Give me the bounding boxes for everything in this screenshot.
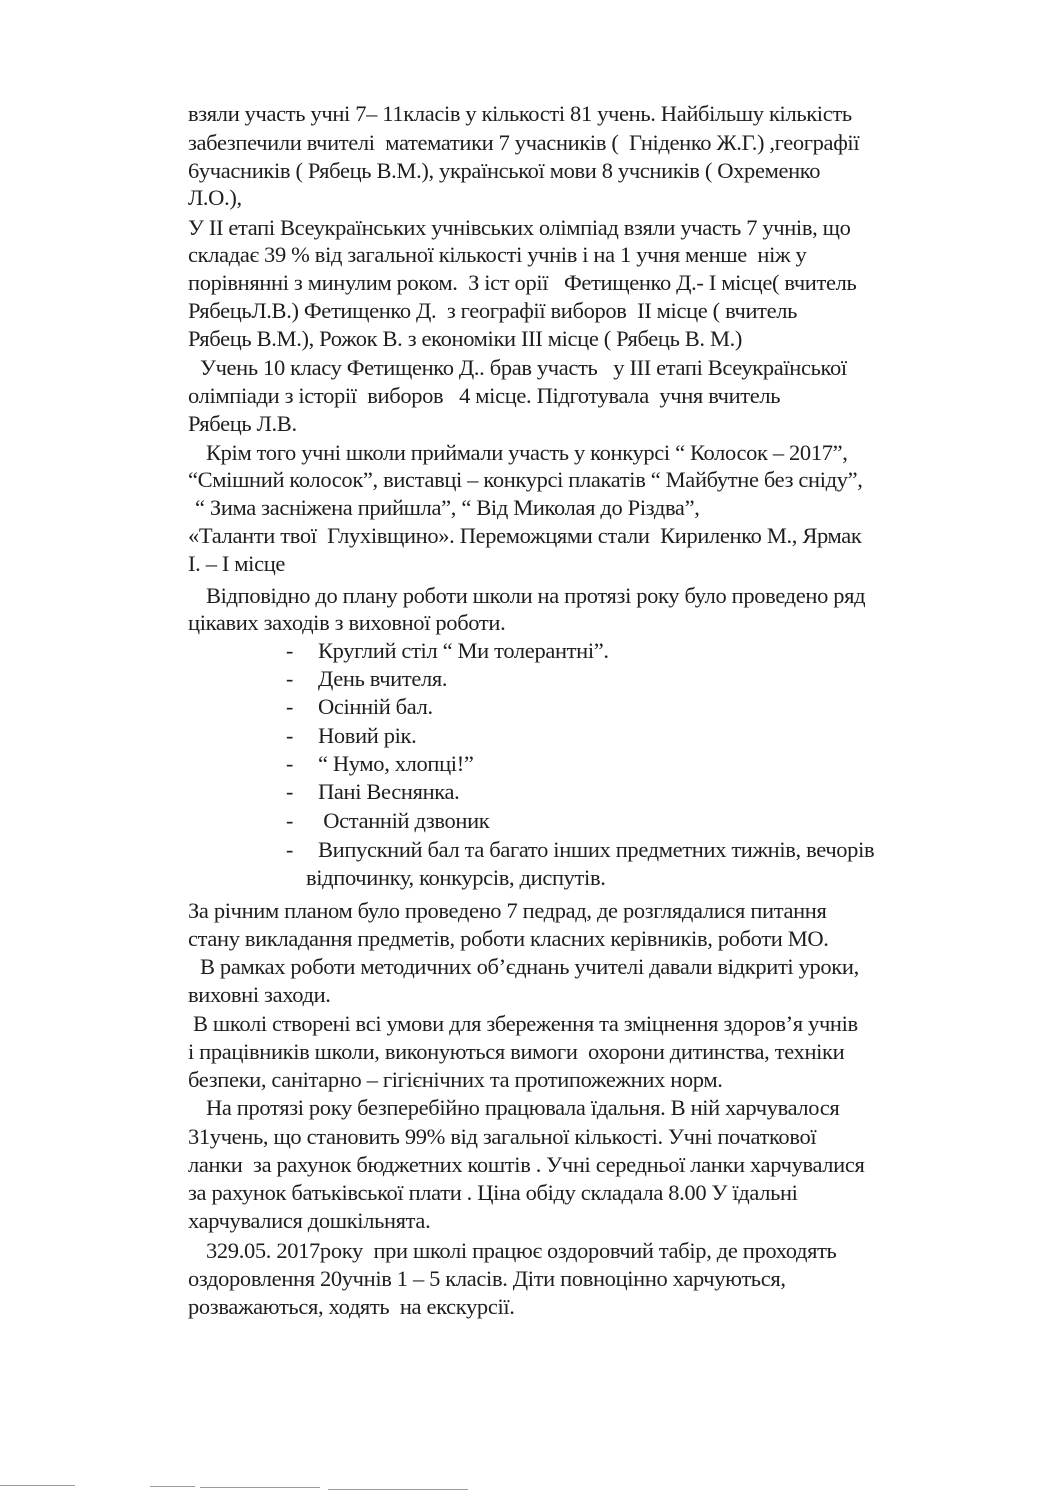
list-item-text: Випускний бал та багато інших предметних…: [318, 837, 874, 863]
text-line: складає 39 % від загальної кількості учн…: [188, 242, 806, 268]
text-line: РябецьЛ.В.) Фетищенко Д. з географії виб…: [188, 298, 797, 324]
list-marker: -: [286, 666, 293, 692]
scan-artifact-line: [0, 1485, 75, 1486]
text-line: взяли участь учні 7– 11класів у кількост…: [188, 101, 852, 127]
text-line: Рябець Л.В.: [188, 411, 297, 437]
text-line: Відповідно до плану роботи школи на прот…: [206, 583, 865, 609]
text-line: розважаються, ходять на екскурсії.: [188, 1294, 515, 1320]
list-marker: -: [286, 837, 293, 863]
list-item-text: Останній дзвоник: [318, 808, 489, 834]
list-marker: -: [286, 723, 293, 749]
text-line: “Смішний колосок”, виставці – конкурсі п…: [188, 467, 863, 493]
text-line: В школі створені всі умови для збереженн…: [193, 1011, 858, 1037]
text-line: безпеки, санітарно – гігієнічних та прот…: [188, 1067, 723, 1093]
list-item-text: День вчителя.: [318, 666, 447, 692]
text-line: олімпіади з історії виборов 4 місце. Під…: [188, 383, 780, 409]
text-line: цікавих заходів з виховної роботи.: [188, 610, 505, 636]
text-line: і працівників школи, виконуються вимоги …: [188, 1039, 844, 1065]
text-line: виховні заходи.: [188, 982, 331, 1008]
scan-artifact-line: [200, 1487, 320, 1488]
text-line: На протязі року безперебійно працювала ї…: [206, 1095, 839, 1121]
text-line: За річним планом було проведено 7 педрад…: [188, 898, 826, 924]
list-item-continuation: відпочинку, конкурсів, диспутів.: [306, 865, 606, 891]
text-line: «Таланти твої Глухівщино». Переможцями с…: [188, 523, 862, 549]
text-line: У ІІ етапі Всеукраїнських учнівських олі…: [188, 215, 851, 241]
text-line: харчувалися дошкільнята.: [188, 1208, 430, 1234]
list-marker: -: [286, 694, 293, 720]
text-line: В рамках роботи методичних об’єднань учи…: [200, 954, 859, 980]
list-item-text: Круглий стіл “ Ми толерантні”.: [318, 638, 609, 664]
text-line: 6учасників ( Рябець В.М.), української м…: [188, 158, 820, 184]
document-page: взяли участь учні 7– 11класів у кількост…: [0, 0, 1060, 1499]
scan-artifact-line: [150, 1486, 195, 1487]
text-line: 329.05. 2017року при школі працює оздоро…: [206, 1238, 836, 1264]
text-line: І. – І місце: [188, 551, 285, 577]
list-item-text: Осінній бал.: [318, 694, 433, 720]
scan-artifact-line: [328, 1489, 468, 1490]
text-line: Учень 10 класу Фетищенко Д.. брав участь…: [200, 355, 847, 381]
list-marker: -: [286, 808, 293, 834]
text-line: стану викладання предметів, роботи класн…: [188, 926, 829, 952]
text-line: ланки за рахунок бюджетних коштів . Учні…: [188, 1152, 864, 1178]
text-line: оздоровлення 20учнів 1 – 5 класів. Діти …: [188, 1266, 786, 1292]
text-line: Рябець В.М.), Рожок В. з економіки ІІІ м…: [188, 326, 742, 352]
text-line: забезпечили вчителі математики 7 учасник…: [188, 130, 859, 156]
list-item-text: “ Нумо, хлопці!”: [318, 751, 474, 777]
list-marker: -: [286, 638, 293, 664]
text-line: Крім того учні школи приймали участь у к…: [206, 440, 848, 466]
list-item-text: Новий рік.: [318, 723, 416, 749]
text-line: Л.О.),: [188, 185, 242, 211]
list-marker: -: [286, 751, 293, 777]
text-line: за рахунок батьківської плати . Ціна обі…: [188, 1180, 798, 1206]
list-item-text: Пані Веснянка.: [318, 779, 459, 805]
text-line: порівнянні з минулим роком. З іст орії Ф…: [188, 270, 856, 296]
text-line: “ Зима засніжена прийшла”, “ Від Миколая…: [195, 495, 699, 521]
list-marker: -: [286, 779, 293, 805]
text-line: 31учень, що становить 99% від загальної …: [188, 1124, 816, 1150]
